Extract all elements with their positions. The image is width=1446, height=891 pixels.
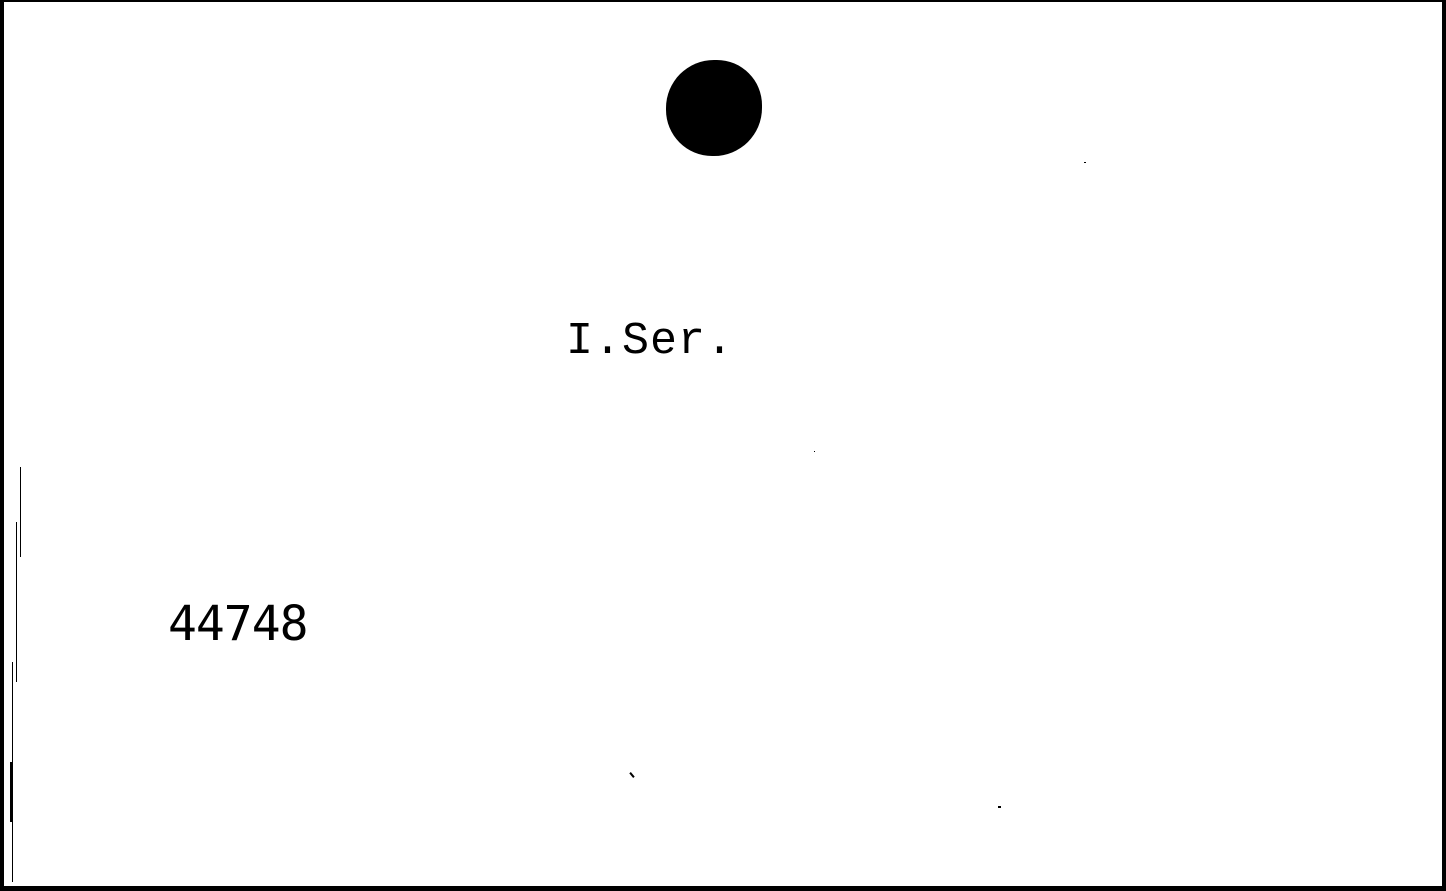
scan-artifact-line bbox=[12, 662, 13, 882]
scan-artifact-line bbox=[20, 467, 21, 557]
catalog-number: 44748 bbox=[168, 596, 308, 652]
scan-speck bbox=[1084, 162, 1086, 163]
index-card: I.Ser. 44748 bbox=[4, 2, 1442, 886]
punch-hole bbox=[666, 60, 762, 156]
scan-speck bbox=[629, 772, 634, 778]
card-heading: I.Ser. bbox=[566, 316, 734, 367]
scan-artifact-line bbox=[10, 762, 12, 822]
scan-speck bbox=[814, 451, 815, 452]
scan-artifact-line bbox=[16, 522, 17, 682]
scan-speck bbox=[998, 806, 1001, 808]
